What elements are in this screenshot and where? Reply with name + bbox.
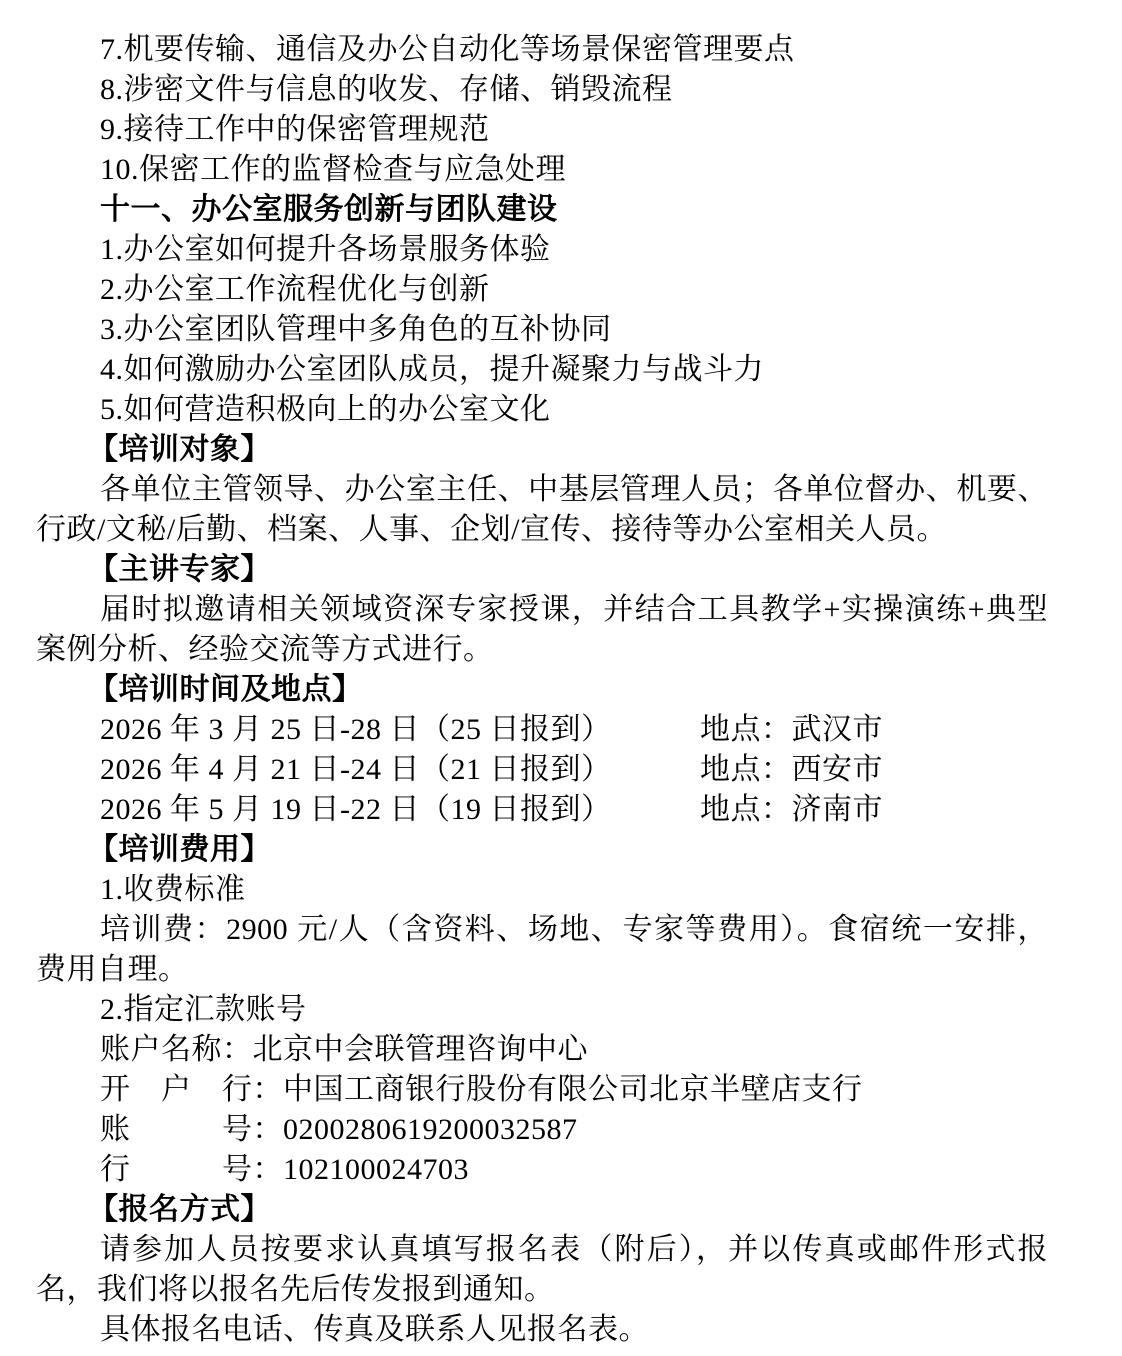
account-name-line: 账户名称：北京中会联管理咨询中心: [100, 1030, 588, 1070]
outline-item: 9.接待工作中的保密管理规范: [100, 110, 490, 150]
outline-item: 7.机要传输、通信及办公自动化等场景保密管理要点: [100, 30, 795, 70]
schedule-date: 2026 年 3 月 25 日-28 日（25 日报到）: [100, 710, 700, 750]
section-11-item: 2.办公室工作流程优化与创新: [100, 270, 490, 310]
outline-item: 8.涉密文件与信息的收发、存储、销毁流程: [100, 70, 673, 110]
outline-item: 10.保密工作的监督检查与应急处理: [100, 150, 566, 190]
schedule-date: 2026 年 4 月 21 日-24 日（21 日报到）: [100, 750, 700, 790]
schedule-location: 地点：西安市: [700, 753, 883, 786]
registration-note: 具体报名电话、传真及联系人见报名表。: [100, 1310, 649, 1350]
registration-heading: 【报名方式】: [88, 1190, 271, 1230]
fee-standard-label: 1.收费标准: [100, 870, 246, 910]
bank-name-line: 开 户 行：中国工商银行股份有限公司北京半壁店支行: [100, 1070, 863, 1110]
schedule-location: 地点：济南市: [700, 793, 883, 826]
registration-paragraph: 请参加人员按要求认真填写报名表（附后），并以传真或邮件形式报名，我们将以报名先后…: [36, 1230, 1048, 1310]
section-11-item: 1.办公室如何提升各场景服务体验: [100, 230, 551, 270]
schedule-date: 2026 年 5 月 19 日-22 日（19 日报到）: [100, 790, 700, 830]
schedule-row: 2026 年 5 月 19 日-22 日（19 日报到）地点：济南市: [100, 790, 883, 830]
lecturers-heading: 【主讲专家】: [88, 550, 271, 590]
training-target-heading: 【培训对象】: [88, 430, 271, 470]
fee-standard-paragraph: 培训费：2900 元/人（含资料、场地、专家等费用）。食宿统一安排，费用自理。: [36, 910, 1048, 990]
schedule-row: 2026 年 4 月 21 日-24 日（21 日报到）地点：西安市: [100, 750, 883, 790]
section-11-heading: 十一、办公室服务创新与团队建设: [100, 190, 558, 230]
section-11-item: 5.如何营造积极向上的办公室文化: [100, 390, 551, 430]
lecturers-paragraph: 届时拟邀请相关领域资深专家授课，并结合工具教学+实操演练+典型案例分析、经验交流…: [36, 590, 1048, 670]
section-11-item: 3.办公室团队管理中多角色的互补协同: [100, 310, 612, 350]
schedule-heading: 【培训时间及地点】: [88, 670, 363, 710]
account-number-line: 账 号：0200280619200032587: [100, 1110, 578, 1150]
remit-account-label: 2.指定汇款账号: [100, 990, 307, 1030]
bank-number-line: 行 号：102100024703: [100, 1150, 469, 1190]
schedule-row: 2026 年 3 月 25 日-28 日（25 日报到）地点：武汉市: [100, 710, 883, 750]
training-target-paragraph: 各单位主管领导、办公室主任、中基层管理人员；各单位督办、机要、行政/文秘/后勤、…: [36, 470, 1048, 550]
section-11-item: 4.如何激励办公室团队成员，提升凝聚力与战斗力: [100, 350, 764, 390]
schedule-location: 地点：武汉市: [700, 713, 883, 746]
fees-heading: 【培训费用】: [88, 830, 271, 870]
document-page: 7.机要传输、通信及办公自动化等场景保密管理要点 8.涉密文件与信息的收发、存储…: [0, 0, 1122, 1356]
